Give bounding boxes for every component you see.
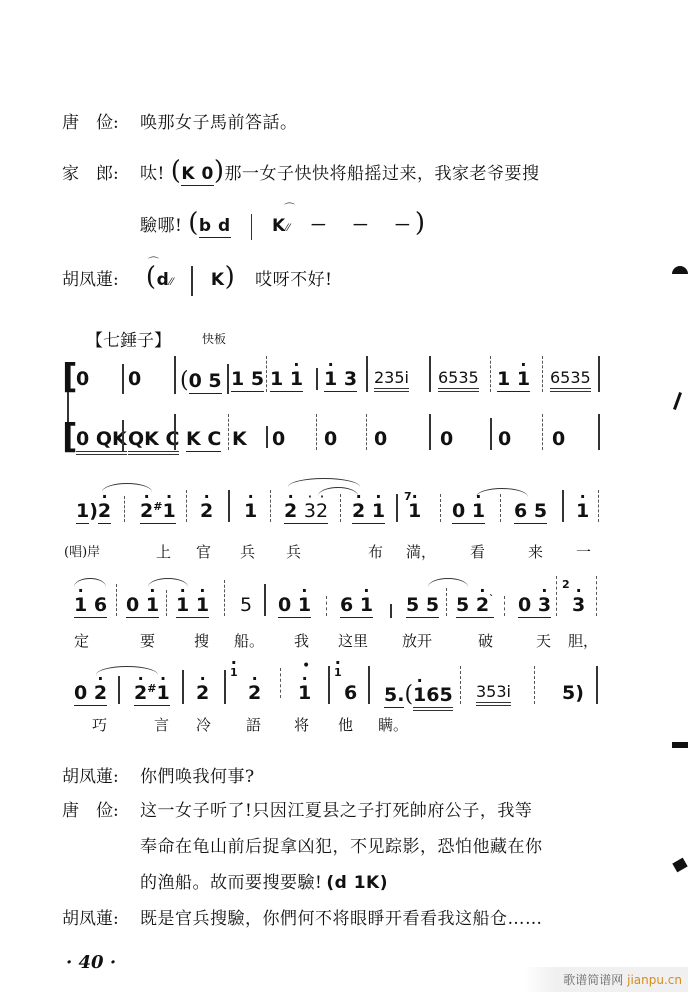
- slur: [476, 488, 528, 497]
- percussion-group: 0: [552, 428, 565, 450]
- lyric: 他: [338, 714, 353, 735]
- barline: [174, 414, 176, 450]
- lyric: 言: [154, 714, 169, 735]
- barline-dashed: [326, 596, 327, 616]
- percussion-group: K C: [186, 428, 221, 452]
- percussion-group: 0: [374, 428, 387, 450]
- barline-dashed: [224, 580, 225, 616]
- lyric: 語: [246, 714, 261, 735]
- dialogue-line-6: 唐 俭:这一女子听了!只因江夏县之子打死帥府公子，我等: [62, 796, 532, 821]
- lyric: 要: [140, 630, 155, 651]
- page-number: · 40 ·: [66, 952, 116, 973]
- lyric: 官: [196, 541, 211, 562]
- barline-dashed: [598, 490, 599, 522]
- lyric: 我: [294, 630, 309, 651]
- role-name: 唐 俭:: [62, 108, 140, 133]
- slur: [96, 666, 158, 675]
- barline-dashed: [542, 356, 543, 392]
- note: 2: [196, 682, 209, 704]
- note: 2: [200, 500, 213, 522]
- paren-open: (: [180, 368, 189, 393]
- lyric: 这里: [338, 630, 368, 651]
- dialogue-line-1: 唐 俭:唤那女子馬前答話。: [62, 108, 298, 133]
- dialogue-text: 那一女子快快将船摇过来，我家老爷要搜: [224, 164, 539, 184]
- note-group: 6535: [550, 368, 591, 392]
- note-group: 2#1: [140, 500, 176, 524]
- lyric: 看: [470, 541, 485, 562]
- scan-artifact-icon: [673, 392, 682, 410]
- paren-open: (: [171, 156, 182, 186]
- note-group: 1 3: [324, 368, 357, 392]
- barline-dashed: [124, 496, 125, 522]
- note-group: 1 1: [270, 368, 303, 392]
- barline: [328, 666, 330, 704]
- note-group: 2 1: [352, 500, 385, 524]
- tremolo-mark: ⁄⁄: [169, 277, 173, 288]
- barline-dashed: [340, 494, 341, 522]
- lyric: 胆，: [568, 630, 598, 651]
- percussion-group: 0: [272, 428, 285, 450]
- role-name: 家 郎:: [62, 159, 140, 184]
- note: 5: [240, 594, 252, 616]
- barline-dashed: [500, 494, 501, 522]
- percussion-notation: (d 1K): [326, 873, 388, 893]
- barline-dashed: [280, 668, 281, 698]
- dialogue-line-8: 的渔船。故而要搜要驗!(d 1K): [140, 868, 388, 893]
- dialogue-text: 奉命在龟山前后捉拿凶犯，不见踪影，恐怕他藏在你: [140, 837, 543, 857]
- dialogue-line-7: 奉命在龟山前后捉拿凶犯，不见踪影，恐怕他藏在你: [140, 832, 543, 857]
- barline-dashed: [490, 356, 491, 392]
- note-group: 0 5: [189, 370, 222, 394]
- dialogue-text: 既是官兵搜驗，你們何不将眼睜开看看我这船仓……: [140, 909, 543, 929]
- barline-dashed: [166, 590, 167, 616]
- grace-note: 1: [334, 666, 342, 679]
- barline-dashed: [446, 588, 447, 616]
- dialogue-line-3: 驗哪! (b d K⁄⁄ － － －): [140, 208, 426, 240]
- paren-close: ): [214, 156, 225, 186]
- note-group: 1 5: [231, 368, 264, 392]
- dialogue-text: 这一女子听了!只因江夏县之子打死帥府公子，我等: [140, 801, 532, 821]
- dialogue-line-2: 家 郎:呔! (K 0)那一女子快快将船摇过来，我家老爷要搜: [62, 156, 539, 186]
- barline-dashed: [366, 414, 367, 450]
- grace-note: 1: [230, 666, 238, 679]
- tempo-marking: 快板: [202, 330, 226, 347]
- note-group: 6 5: [514, 500, 547, 524]
- dialogue-line-9: 胡凤蓮:既是官兵搜驗，你們何不将眼睜开看看我这船仓……: [62, 904, 543, 929]
- barline: [227, 364, 229, 394]
- dialogue-text: 驗哪!: [140, 216, 182, 236]
- high-octave-dot: •: [302, 658, 310, 674]
- slur: [288, 478, 360, 487]
- lyric: 船。: [234, 630, 264, 651]
- note-group: 0: [128, 368, 141, 390]
- role-name: 胡凤蓮:: [62, 904, 140, 929]
- note: 1: [576, 500, 589, 522]
- note-group: 353i: [476, 682, 511, 706]
- note: 6: [344, 682, 357, 704]
- percussion-notation: b d: [199, 216, 231, 238]
- lyric: 瞒。: [378, 714, 408, 735]
- dialogue-line-4: 胡凤蓮: (d⁄⁄ K) 哎呀不好!: [62, 262, 332, 296]
- scan-artifact-icon: [672, 858, 687, 873]
- lyric: 天: [536, 630, 551, 651]
- bracket-connector: [67, 392, 69, 422]
- grace-note: 2: [562, 578, 570, 591]
- barline: [429, 356, 431, 392]
- barline: [490, 418, 492, 450]
- percussion-notation: d: [157, 270, 170, 290]
- barline-dashed: [270, 490, 271, 522]
- barline-dashed: [316, 414, 317, 450]
- barline: [316, 368, 318, 390]
- percussion-notation: K: [211, 270, 225, 290]
- paren-open: (: [188, 208, 199, 238]
- note-group: 0 3: [518, 594, 551, 618]
- role-name: 唐 俭:: [62, 796, 140, 821]
- barline: [368, 666, 370, 704]
- barline: [224, 670, 226, 704]
- barline-dashed: [504, 596, 505, 616]
- note-group: 1 1: [176, 594, 209, 618]
- tremolo-mark: ⁄⁄: [286, 223, 290, 234]
- barline: [390, 604, 392, 618]
- barline: [174, 356, 176, 394]
- barline: [228, 490, 230, 522]
- lyric: 一: [576, 541, 591, 562]
- barline: [562, 490, 564, 522]
- barline: [598, 414, 600, 450]
- barline: [598, 356, 600, 392]
- note: 1: [298, 682, 311, 704]
- dialogue-text: 哎呀不好!: [255, 270, 332, 290]
- percussion-group: 0: [440, 428, 453, 450]
- percussion-group: 0: [324, 428, 337, 450]
- lyric: 冷: [196, 714, 211, 735]
- lyric: 破: [478, 630, 493, 651]
- percussion-group: 0: [498, 428, 511, 450]
- note-group: 0 1: [126, 594, 159, 618]
- barline: [182, 670, 184, 704]
- barline: [366, 356, 368, 392]
- fermata-icon: ⌒: [284, 200, 295, 216]
- barline-dashed: [228, 414, 229, 450]
- note-group: 1)2: [76, 500, 111, 522]
- barline: [122, 420, 124, 452]
- note-group: 0 1: [278, 594, 311, 618]
- note: 1: [244, 500, 257, 522]
- lyric: (唱)岸: [64, 541, 100, 560]
- note-group: 5): [562, 682, 584, 704]
- barline-dashed: [266, 356, 267, 392]
- lyric: 将: [294, 714, 309, 735]
- note-group: 0: [76, 368, 89, 390]
- note: 1: [408, 500, 421, 522]
- role-name: 胡凤蓮:: [62, 265, 140, 290]
- barline-dashed: [116, 584, 117, 616]
- role-name: 胡凤蓮:: [62, 762, 140, 787]
- barline-dashed: [460, 666, 461, 704]
- note-group: 1 1: [497, 368, 530, 392]
- paren-close: ): [415, 208, 426, 238]
- fermata-icon: ⌒: [148, 254, 159, 270]
- barline: [396, 494, 398, 522]
- note-group: 0 2: [74, 682, 107, 706]
- paren-close: ): [225, 262, 236, 292]
- note: 2: [248, 682, 261, 704]
- dialogue-text: 唤那女子馬前答話。: [140, 113, 298, 133]
- note-group: 6535: [438, 368, 479, 392]
- dialogue-text: 你們唤我何事?: [140, 767, 255, 787]
- dialogue-text: 的渔船。故而要搜要驗!: [140, 873, 322, 893]
- barline-dashed: [534, 666, 535, 704]
- watermark: 歌谱简谱网 jianpu.cn: [523, 967, 688, 992]
- lyric: 上: [156, 541, 171, 562]
- barline-dashed: [440, 494, 441, 522]
- barline: [429, 414, 431, 450]
- barline: [122, 364, 124, 394]
- barline-dashed: [542, 414, 543, 450]
- lyric: 布: [368, 541, 383, 562]
- lyric: 来: [528, 541, 543, 562]
- percussion-notation: K: [272, 216, 286, 236]
- dialogue-line-5: 胡凤蓮:你們唤我何事?: [62, 762, 255, 787]
- percussion-group: 0 QK: [76, 428, 127, 455]
- note-group: 5 2`: [456, 594, 494, 618]
- barline-dashed: [186, 490, 187, 522]
- dialogue-exclaim: 呔!: [140, 164, 165, 184]
- scan-artifact-icon: [672, 742, 688, 748]
- percussion-group: K: [232, 428, 247, 450]
- barline: [266, 426, 268, 448]
- sustain-dashes: － － －: [310, 216, 415, 236]
- lyric: 兵: [240, 541, 255, 562]
- barline: [264, 584, 266, 616]
- lyric: 兵: [286, 541, 301, 562]
- barline-dashed: [556, 576, 557, 616]
- percussion-notation: K 0: [181, 164, 213, 186]
- note-group: 2#1: [134, 682, 170, 706]
- barline: [596, 666, 598, 704]
- watermark-en: jianpu.cn: [627, 973, 682, 987]
- note-group: 235i: [374, 368, 409, 392]
- slur: [428, 578, 468, 587]
- section-title: 【七錘子】: [86, 326, 171, 351]
- note-group: 5.(165: [384, 682, 453, 707]
- lyric: 定: [74, 630, 89, 651]
- lyric: 巧: [92, 714, 107, 735]
- barline: [191, 266, 193, 296]
- lyric: 満，: [406, 541, 436, 562]
- note-group: 0 1: [452, 500, 485, 524]
- lyric: 放开: [402, 630, 432, 651]
- note-group: 1 6: [74, 594, 107, 618]
- barline: [118, 676, 120, 704]
- lyric: 搜: [194, 630, 209, 651]
- barline: [251, 214, 253, 240]
- note-group: 5 5: [406, 594, 439, 618]
- watermark-cn: 歌谱简谱网: [563, 973, 623, 987]
- note: 3: [572, 594, 585, 616]
- barline-dashed: [596, 576, 597, 616]
- scan-artifact-icon: [672, 266, 688, 274]
- note-group: 2 32: [284, 500, 328, 524]
- percussion-group: QK C: [128, 428, 179, 455]
- note-group: 6 1: [340, 594, 373, 618]
